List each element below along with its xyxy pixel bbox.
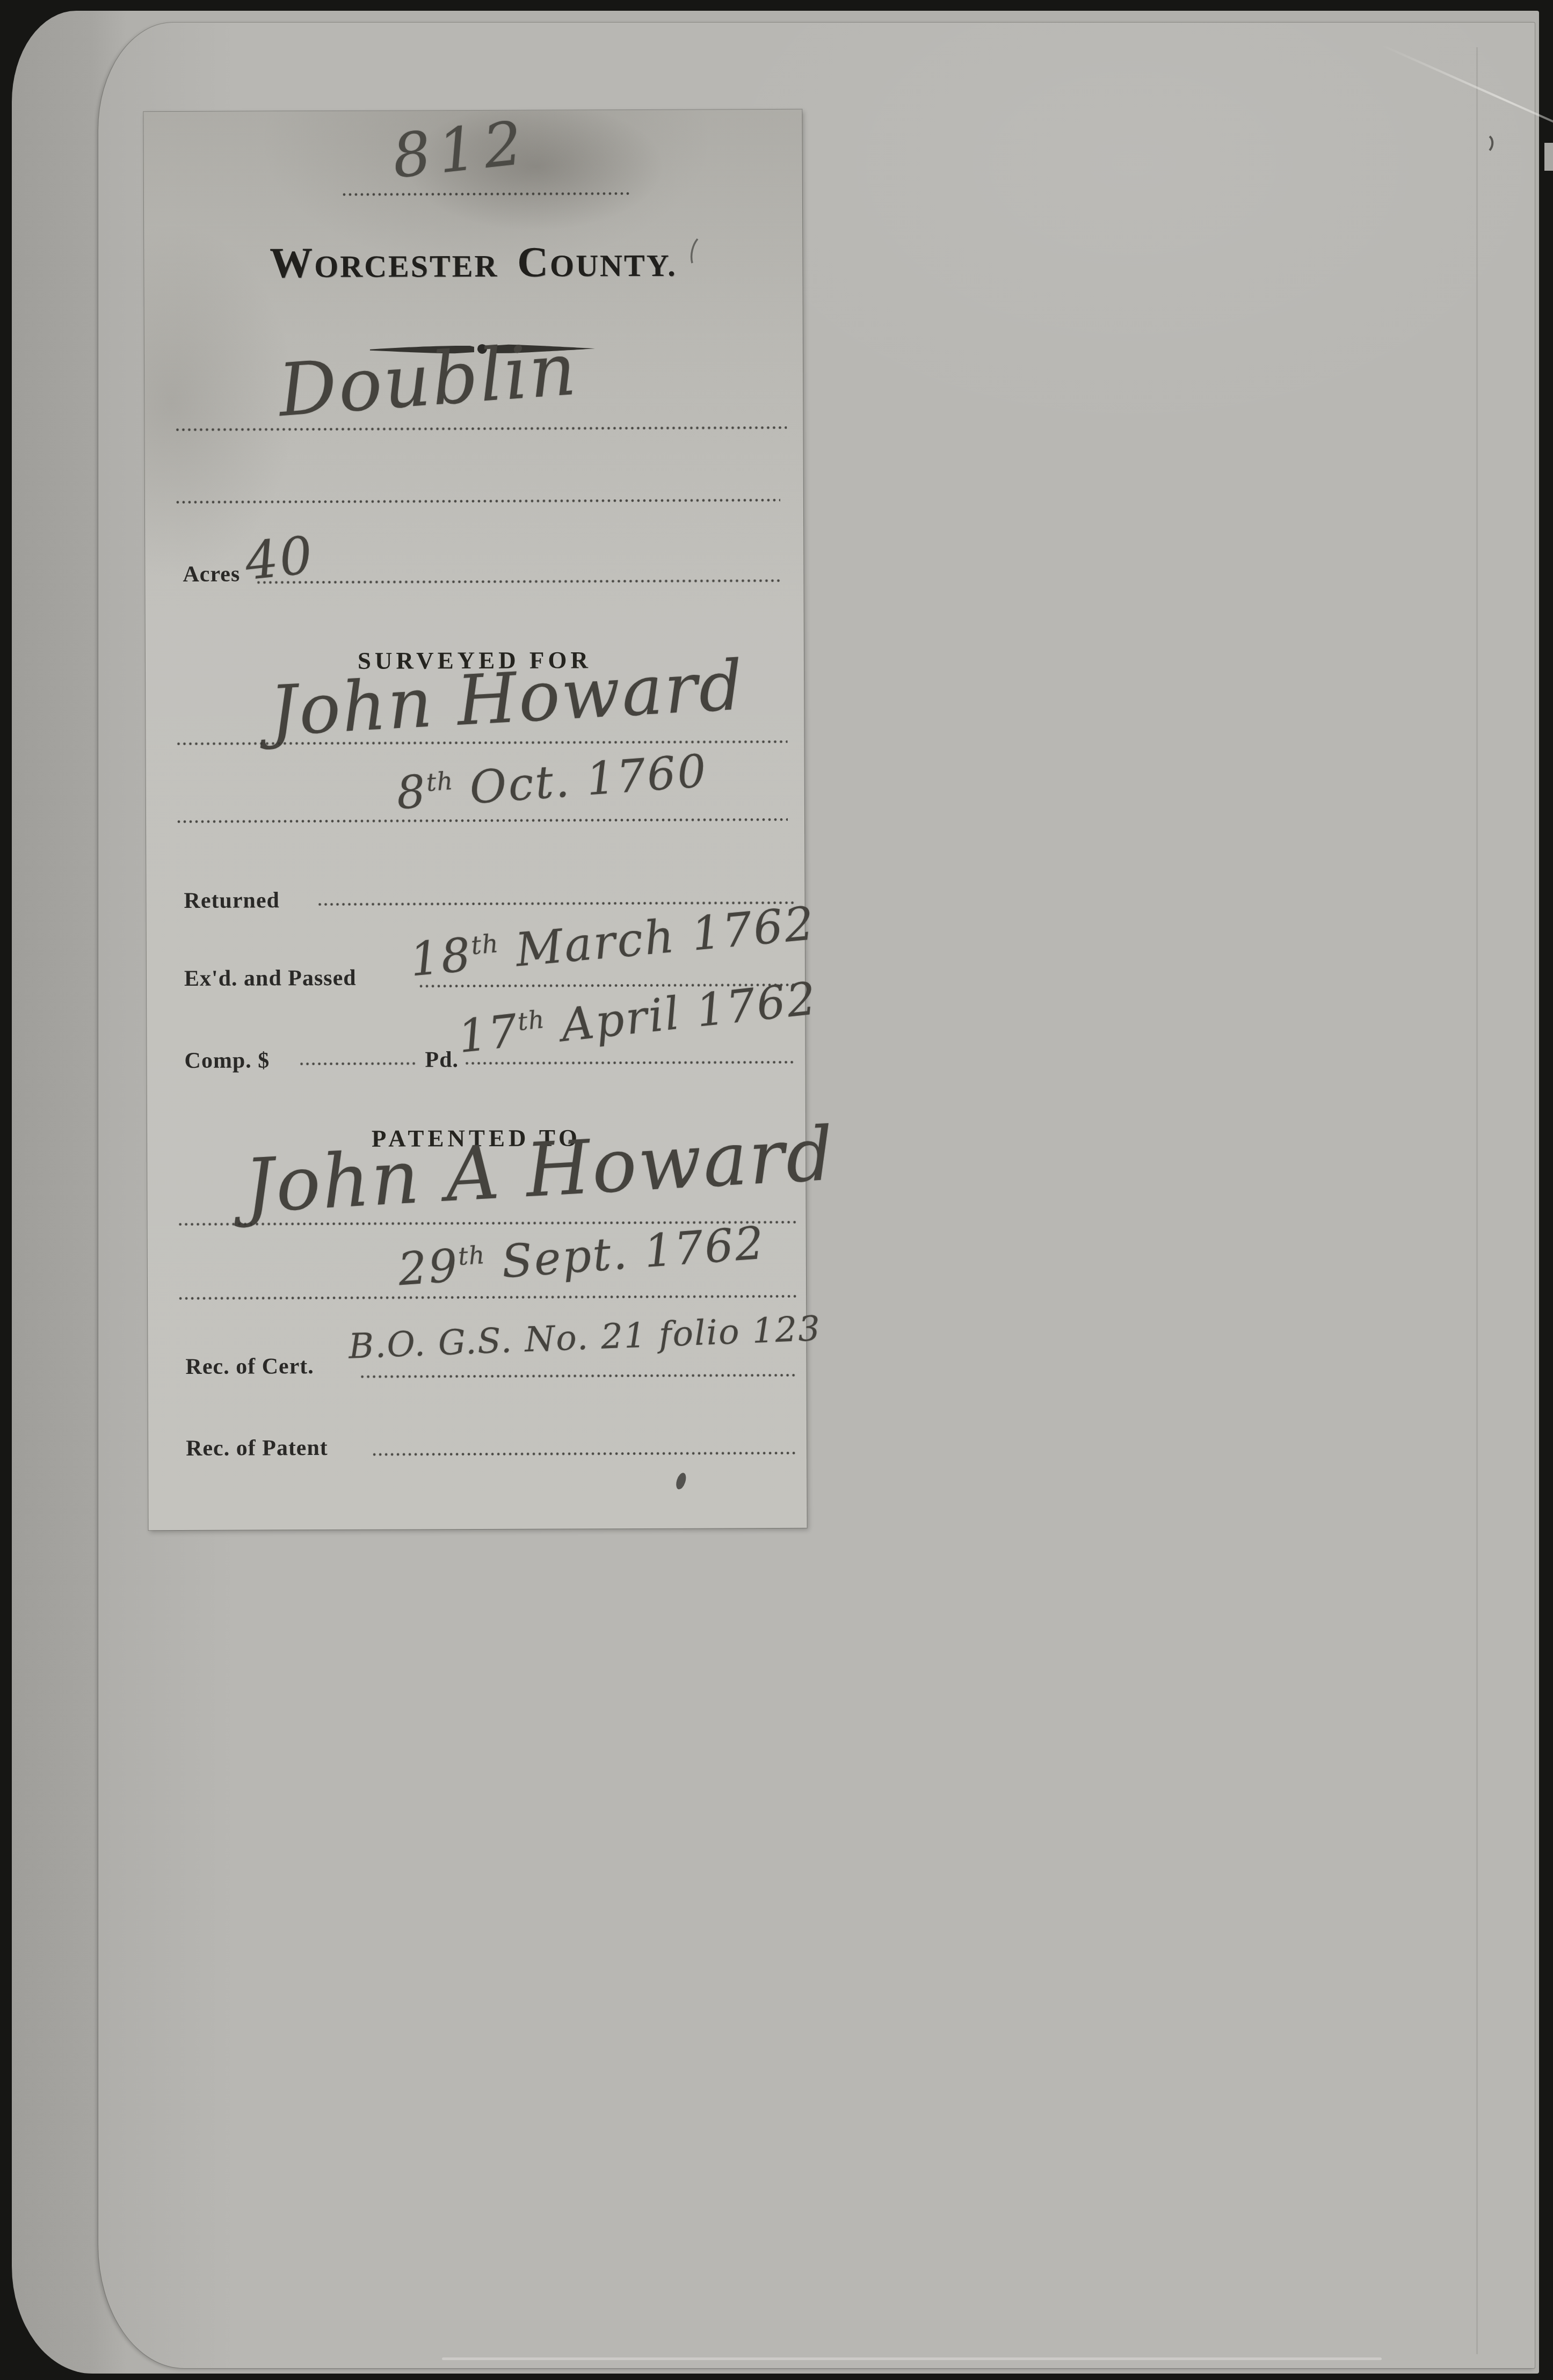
dotted-rule (257, 579, 780, 584)
scanned-document: 812 WORCESTER COUNTY. Doublin Acres 40 S… (0, 0, 1553, 2380)
dotted-rule (176, 426, 787, 432)
survey-date-handwritten: 8th Oct. 1760 (395, 746, 709, 818)
county-title: WORCESTER COUNTY. (144, 237, 802, 288)
rec-of-cert-value-handwritten: B.O. G.S. No. 21 folio 123 (348, 1311, 822, 1366)
right-edge-notch (1544, 143, 1553, 171)
examined-date-handwritten: 18th March 1762 (408, 899, 818, 985)
dotted-rule (176, 498, 780, 504)
dotted-rule (343, 192, 632, 196)
page-fold-seam (1476, 47, 1478, 2354)
card-number-handwritten: 812 (389, 111, 533, 190)
patent-date-handwritten: 29th Sept. 1762 (396, 1219, 767, 1294)
comp-label: Comp. $ (184, 1047, 270, 1074)
county-title-initial: C (517, 239, 550, 286)
stray-mark-icon (688, 237, 699, 265)
district-name-handwritten: Doublin (276, 330, 580, 430)
dotted-rule (179, 1294, 796, 1300)
acres-label: Acres (183, 562, 240, 587)
paid-label: Pd. (425, 1047, 459, 1073)
examined-label: Ex'd. and Passed (184, 965, 357, 992)
dotted-rule (373, 1451, 797, 1457)
stray-mark-icon (1487, 135, 1496, 151)
rec-of-cert-label: Rec. of Cert. (185, 1353, 314, 1380)
dotted-rule (466, 1060, 796, 1065)
survey-card: 812 WORCESTER COUNTY. Doublin Acres 40 S… (143, 110, 807, 1530)
rec-of-patent-label: Rec. of Patent (186, 1435, 328, 1461)
corner-crease (1381, 44, 1553, 168)
dotted-rule (361, 1373, 797, 1379)
dotted-rule (300, 1061, 417, 1066)
dotted-rule (177, 818, 788, 824)
ink-smudge-mark (674, 1472, 688, 1490)
county-title-initial: W (270, 239, 314, 287)
page-bottom-edge (442, 2357, 1382, 2360)
returned-label: Returned (184, 887, 279, 914)
